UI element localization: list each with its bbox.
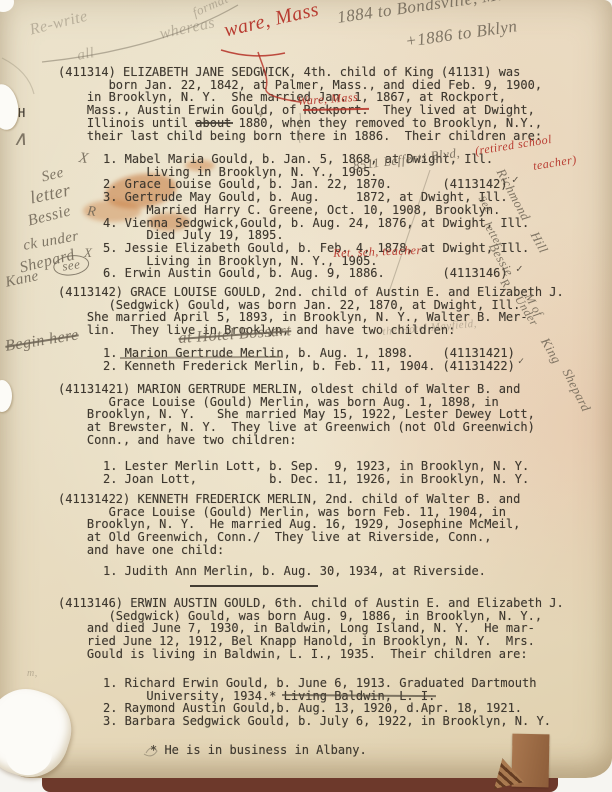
note-kane: Kane [4,268,40,292]
check-mark-41131422: ✓ [518,356,524,367]
margin-king: King [537,335,565,367]
faint-scribble: m, [27,668,38,679]
child-judith: 1. Judith Ann Merlin, b. Aug. 30, 1934, … [103,565,486,578]
children-list-gould: 1. Richard Erwin Gould, b. June 6, 1913.… [103,677,551,728]
check-mark-4113146: ✓ [516,262,523,275]
red-note-ret-sch-teacher: Ret. sch, teacher [333,243,422,261]
children-list-merlin: 1. Marion Gertrude Merlin, b. Aug. 1, 18… [103,347,515,372]
footnote: * He is in business in Albany. [150,744,367,757]
margin-letter-h: H [18,107,25,120]
note-rewrite: Re-write [28,8,90,40]
margin-hill: Hill [527,229,552,256]
note-begin-here: Begin here [4,326,80,355]
children-list-sedgwick: 1. Mabel Maria Gould, b. Jan. 5, 1868, a… [103,153,529,280]
note-whereas: whereas [158,14,217,43]
margin-shepard: Shepard [559,366,594,415]
red-ink-underline-ware [221,50,285,56]
paper-sheet: H (411314) ELIZABETH JANE SEDGWICK, 4th.… [0,0,612,778]
pencil-digit-4: 4 [257,106,264,121]
red-note-ware-mass: ware, Mass [222,0,321,42]
paragraph-41131422: (41131422) KENNETH FREDERICK MERLIN, 2nd… [58,493,520,557]
paragraph-4113146: (4113146) ERWIN AUSTIN GOULD, 6th. child… [58,597,564,661]
torn-edge-notch [0,0,14,12]
x-mark-item1: X [78,150,90,168]
paragraph-41131421: (41131421) MARION GERTRUDE MERLIN, oldes… [58,383,535,447]
scanned-document: H (411314) ELIZABETH JANE SEDGWICK, 4th.… [0,0,612,792]
typed-strikethrough-about [195,122,233,124]
caret-mark: ∧ [13,126,28,151]
note-rewrite-all: all [76,45,96,65]
red-note-teacher: teacher) [532,152,578,174]
note-1886-bklyn: +1886 to Bklyn [404,16,519,52]
torn-edge-notch [0,380,12,412]
paragraph-4113142: (4113142) GRACE LOUISE GOULD, 2nd. child… [58,286,564,337]
children-list-lott: 1. Lester Merlin Lott, b. Sep. 9, 1923, … [103,460,529,485]
section-divider [190,585,318,587]
note-r: R [86,204,97,221]
